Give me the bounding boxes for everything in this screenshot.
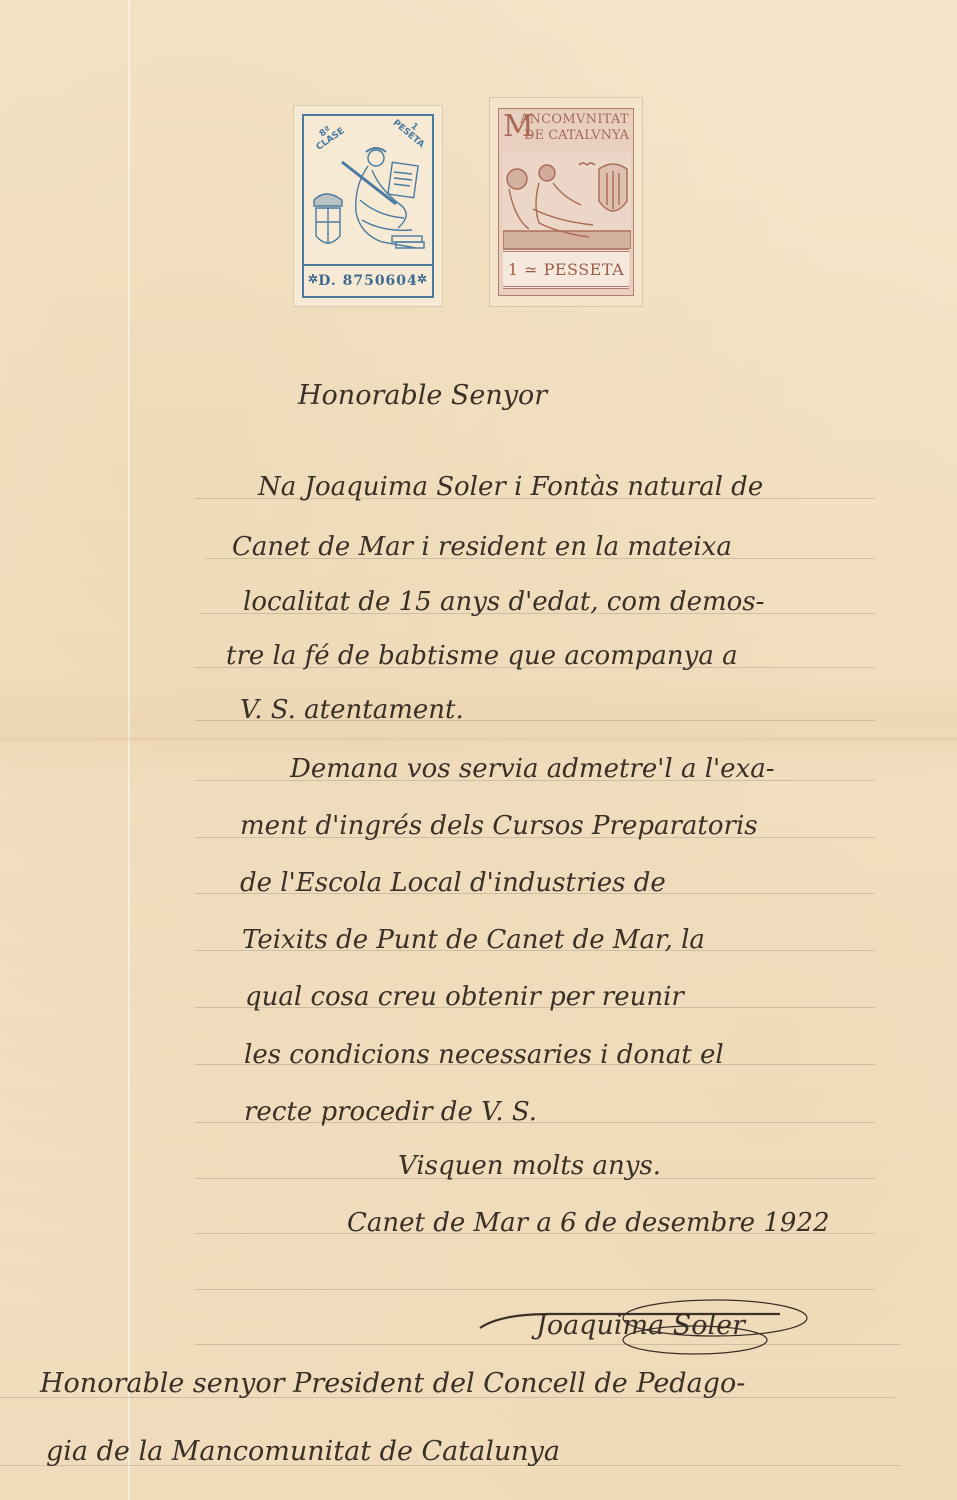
mancomunitat-stamp: M ANCOMVNITAT DE CATALVNYA	[490, 98, 642, 306]
allegorical-woman-with-shield-icon	[503, 151, 631, 249]
paragraph-2-line-3: de l'Escola Local d'industries de	[240, 870, 666, 896]
stamp-serial-band: ✲ D. 8750604 ✲	[304, 264, 432, 296]
paragraph-1-line-1: Na Joaquima Soler i Fontàs natural de	[258, 474, 763, 500]
paragraph-2-line-7: recte procedir de V. S.	[244, 1099, 537, 1125]
vertical-fold-crease	[128, 0, 130, 1500]
star-ornament-icon: ✲	[308, 272, 319, 286]
blue-stamp-frame: 8ª CLASE 1 PESETA	[302, 114, 434, 298]
paragraph-1-line-3: localitat de 15 anys d'edat, com demos-	[243, 589, 764, 615]
paragraph-1-line-4: tre la fé de babtisme que acompanya a	[226, 643, 738, 669]
paragraph-1-line-5: V. S. atentament.	[240, 697, 464, 723]
stamp-serial-number: D. 8750604	[318, 273, 418, 289]
paragraph-2-line-1: Demana vos servia admetre'l a l'exa-	[290, 756, 775, 782]
signature: Joaquima Soler	[536, 1312, 745, 1339]
paragraph-2-line-5: qual cosa creu obtenir per reunir	[245, 984, 684, 1010]
red-stamp-frame: M ANCOMVNITAT DE CATALVNYA	[498, 108, 634, 296]
place-and-date: Canet de Mar a 6 de desembre 1922	[347, 1210, 830, 1236]
paragraph-2-line-4: Teixits de Punt de Canet de Mar, la	[242, 927, 705, 953]
paragraph-2-line-6: les condicions necessaries i donat el	[244, 1042, 724, 1068]
salutation: Honorable Senyor	[298, 382, 547, 409]
closing: Visquen molts anys.	[398, 1153, 661, 1179]
allegorical-figure-icon	[312, 140, 428, 258]
paragraph-1-line-2: Canet de Mar i resident en la mateixa	[232, 534, 732, 560]
star-ornament-icon: ✲	[417, 272, 428, 286]
stamp-title-line-1: ANCOMVNITAT	[503, 113, 629, 127]
stamp-value: 1 ≃ PESSETA	[503, 249, 629, 289]
blue-fiscal-stamp: 8ª CLASE 1 PESETA	[294, 106, 442, 306]
addressee-line-1: Honorable senyor President del Concell d…	[40, 1370, 745, 1397]
addressee-line-2: gia de la Mancomunitat de Catalunya	[46, 1438, 560, 1465]
document-page: 8ª CLASE 1 PESETA	[0, 0, 957, 1500]
stamp-title-line-2: DE CATALVNYA	[503, 129, 629, 143]
paragraph-2-line-2: ment d'ingrés dels Cursos Preparatoris	[240, 813, 758, 839]
horizontal-fold-crease	[0, 736, 957, 742]
